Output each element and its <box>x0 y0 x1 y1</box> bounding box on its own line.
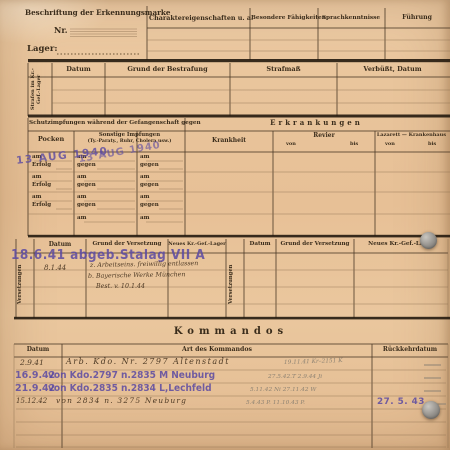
lazarett-header: Lazarett — Krankenhaus <box>375 133 448 138</box>
kommando-row-text: von Kdo.2835 n.2834 L,Lechfeld <box>48 384 212 394</box>
kommando-row-text: von 2834 n. 3275 Neuburg <box>56 397 187 405</box>
punishment-strafmass-header: Strafmaß <box>230 66 337 73</box>
punishment-datum-header: Datum <box>52 66 105 73</box>
pocken-header: Pocken <box>28 136 74 143</box>
lager-label: Lager: <box>27 45 57 54</box>
id-tag-title: Beschriftung der Erkennungsmarke <box>25 9 145 17</box>
kommando-rueckkehr-header: Rückkehrdatum <box>372 347 448 353</box>
transfer-entry-date: 8.1.44 <box>44 265 66 272</box>
impf1-gegen-label: gegen <box>77 183 96 189</box>
illness-header: Erkrankungen <box>185 119 448 126</box>
pocken-am-label: am <box>32 175 41 181</box>
kommando-datum-header: Datum <box>14 347 62 353</box>
revier-bis-label: bis <box>350 142 358 147</box>
traits-col-header: Charaktereigenschaften u. a. <box>149 15 249 22</box>
pocken-am-label: am <box>32 195 41 201</box>
impf2-am-label: am <box>140 175 149 181</box>
impf2-am-label: am <box>140 155 149 161</box>
transfer-entry-line3: Best. v. 10.1.44 <box>96 284 145 291</box>
id-tag-nr-label: Nr. <box>54 26 68 34</box>
kommando-row-text: von Kdo.2797 n.2835 M Neuburg <box>48 371 215 381</box>
impf1-am-label: am <box>77 175 86 181</box>
transfer-grund-header: Grund der Versetzung <box>86 242 168 248</box>
kommando-row-text: Arb. Kdo. Nr. 2797 Altenstadt <box>66 358 230 366</box>
transfer-datum-header: Datum <box>244 242 276 248</box>
impf1-am-label: am <box>77 216 86 222</box>
punishment-grund-header: Grund der Bestrafung <box>105 66 230 73</box>
impf2-gegen-label: gegen <box>140 203 159 209</box>
kommando-art-header: Art des Kommandos <box>62 347 372 354</box>
kommando-row-date: 2.9.41 <box>20 359 44 367</box>
revier-header: Revier <box>273 133 375 139</box>
punishment-verbuesst-header: Verbüßt, Datum <box>337 66 448 73</box>
lazarett-bis-label: bis <box>428 142 436 147</box>
revier-von-label: von <box>286 142 296 147</box>
punch-hole <box>422 401 440 419</box>
kommando-return-date-stamp: 27. 5. 43. <box>377 398 429 407</box>
punch-hole <box>420 232 437 249</box>
punishments-side-label: Strafen im Kr.-Gef.-Lager <box>30 64 50 114</box>
impf2-gegen-label: gegen <box>140 183 159 189</box>
vaccination-header: Schutzimpfungen während der Gefangenscha… <box>29 120 184 126</box>
sonstige-header-line1: Sonstige Impfungen <box>76 133 183 139</box>
kommandos-title: Kommandos <box>14 327 448 338</box>
impf2-gegen-label: gegen <box>140 163 159 169</box>
lazarett-von-label: von <box>385 142 395 147</box>
kommando-row-pencil-note: 27.5.42.T 2.9.44 Ji <box>268 374 322 380</box>
kommando-row-date: 15.12.42 <box>16 398 47 405</box>
transfer-grund-header: Grund der Versetzung <box>276 242 354 248</box>
abilities-col-header: Besondere Fähigkeiten <box>251 15 317 21</box>
kommando-row-pencil-note: 5.4.43 P. 11.10.43 P. <box>246 400 305 406</box>
conduct-col-header: Führung <box>386 15 448 22</box>
impf2-am-label: am <box>140 195 149 201</box>
languages-col-header: Sprachkenntnisse <box>319 15 383 21</box>
transfers-side-label-left: Versetzungen <box>17 255 33 313</box>
transfer-lager-header: Neues Kr.-Gef.-Lager <box>168 242 226 247</box>
impf1-gegen-label: gegen <box>77 203 96 209</box>
impf2-am-label: am <box>140 216 149 222</box>
pocken-erfolg-label: Erfolg <box>32 183 51 189</box>
pow-record-card: Beschriftung der Erkennungsmarke Nr. Lag… <box>0 0 450 450</box>
krankheit-header: Krankheit <box>185 138 273 144</box>
transfers-side-label-right: Versetzungen <box>228 255 244 313</box>
pocken-erfolg-label: Erfolg <box>32 203 51 209</box>
kommando-row-pencil-note: 5.11.42 Ni 27.11.42 W <box>250 387 316 393</box>
impf1-am-label: am <box>77 195 86 201</box>
